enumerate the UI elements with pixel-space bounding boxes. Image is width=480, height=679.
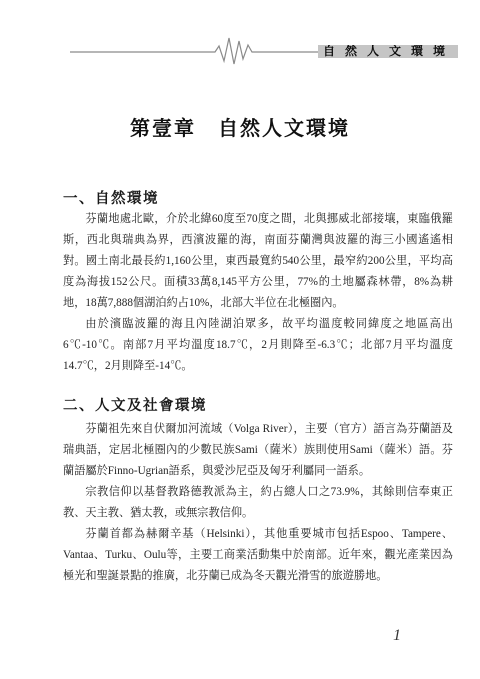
page-number: 1 bbox=[393, 627, 401, 645]
section-body-natural-environment: 芬蘭地處北歐，介於北緯60度至70度之間，北與挪威北部接壤，東臨俄羅斯，西北與瑞… bbox=[63, 209, 453, 377]
paragraph: 由於濱臨波羅的海且內陸湖泊眾多，故平均溫度較同緯度之地區高出6℃-10℃。南部7… bbox=[63, 314, 453, 377]
paragraph: 芬蘭首都為赫爾辛基（Helsinki），其他重要城市包括Espoo、Tamper… bbox=[63, 524, 453, 587]
document-page: 自然人文環境 第壹章 自然人文環境 一、自然環境 芬蘭地處北歐，介於北緯60度至… bbox=[0, 0, 480, 679]
section-heading-natural-environment: 一、自然環境 bbox=[63, 187, 159, 208]
paragraph: 芬蘭地處北歐，介於北緯60度至70度之間，北與挪威北部接壤，東臨俄羅斯，西北與瑞… bbox=[63, 209, 453, 314]
section-body-social-environment: 芬蘭祖先來自伏爾加河流域（Volga River），主要（官方）語言為芬蘭語及瑞… bbox=[63, 419, 453, 587]
chapter-title: 第壹章 自然人文環境 bbox=[0, 112, 480, 141]
waveform-icon bbox=[0, 0, 480, 70]
paragraph: 宗教信仰以基督教路德教派為主，約占總人口之73.9%，其餘則信奉東正教、天主教、… bbox=[63, 482, 453, 524]
section-heading-social-environment: 二、人文及社會環境 bbox=[63, 394, 207, 415]
paragraph: 芬蘭祖先來自伏爾加河流域（Volga River），主要（官方）語言為芬蘭語及瑞… bbox=[63, 419, 453, 482]
header-section-label: 自然人文環境 bbox=[318, 45, 458, 58]
